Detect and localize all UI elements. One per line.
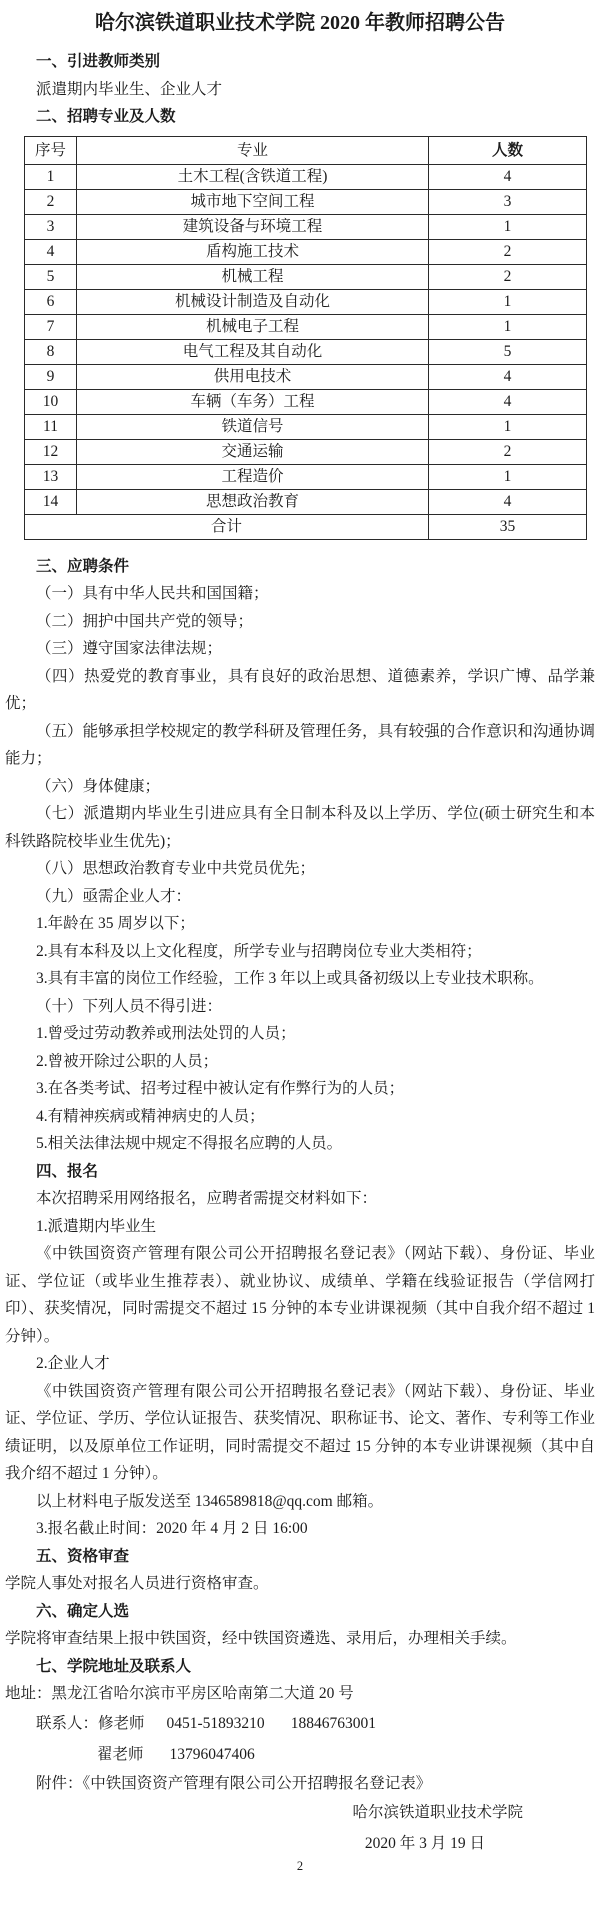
row-count: 2 [429, 264, 587, 289]
section-3-heading: 三、应聘条件 [5, 553, 595, 581]
row-count: 5 [429, 339, 587, 364]
total-value: 35 [429, 514, 587, 539]
attachment-line: 附件：《中铁国资资产管理有限公司公开招聘报名登记表》 [5, 1770, 595, 1798]
row-major: 机械电子工程 [77, 314, 429, 339]
table-row: 14 思想政治教育 4 [25, 489, 587, 514]
contact-2-phone: 13796047406 [170, 1746, 255, 1763]
table-row: 1 土木工程(含铁道工程) 4 [25, 164, 587, 189]
row-index: 9 [25, 364, 77, 389]
section-1-heading: 一、引进教师类别 [5, 48, 595, 76]
contact-1-phone: 0451-51893210 [167, 1715, 265, 1732]
row-major: 机械工程 [77, 264, 429, 289]
page-title: 哈尔滨铁道职业技术学院 2020 年教师招聘公告 [5, 8, 595, 38]
table-row: 4 盾构施工技术 2 [25, 239, 587, 264]
table-row: 7 机械电子工程 1 [25, 314, 587, 339]
application-item: 2.企业人才 [5, 1350, 595, 1378]
condition-item: （四）热爱党的教育事业，具有良好的政治思想、道德素养，学识广博、品学兼优； [5, 663, 595, 718]
table-row: 8 电气工程及其自动化 5 [25, 339, 587, 364]
section-2-heading: 二、招聘专业及人数 [5, 103, 595, 131]
signature-organization: 哈尔滨铁道职业技术学院 [5, 1797, 595, 1828]
address-line: 地址：黑龙江省哈尔滨市平房区哈南第二大道 20 号 [5, 1680, 595, 1708]
condition-item: （五）能够承担学校规定的教学科研及管理任务，具有较强的合作意识和沟通协调能力； [5, 718, 595, 773]
contact-line-1: 联系人：修老师0451-5189321018846763001 [5, 1708, 595, 1739]
row-index: 8 [25, 339, 77, 364]
row-major: 思想政治教育 [77, 489, 429, 514]
row-index: 6 [25, 289, 77, 314]
condition-item: （七）派遣期内毕业生引进应具有全日制本科及以上学历、学位(硕士研究生和本科铁路院… [5, 800, 595, 855]
section-6-body: 学院将审查结果上报中铁国资，经中铁国资遴选、录用后，办理相关手续。 [5, 1625, 595, 1653]
row-index: 14 [25, 489, 77, 514]
column-header-index: 序号 [25, 136, 77, 164]
row-major: 车辆（车务）工程 [77, 389, 429, 414]
row-count: 2 [429, 439, 587, 464]
table-row: 2 城市地下空间工程 3 [25, 189, 587, 214]
application-item: 《中铁国资资产管理有限公司公开招聘报名登记表》（网站下载）、身份证、毕业证、学位… [5, 1240, 595, 1350]
condition-subitem: 1.曾受过劳动教养或刑法处罚的人员； [5, 1020, 595, 1048]
row-major: 机械设计制造及自动化 [77, 289, 429, 314]
condition-item: （六）身体健康； [5, 773, 595, 801]
row-major: 铁道信号 [77, 414, 429, 439]
row-major: 城市地下空间工程 [77, 189, 429, 214]
row-index: 3 [25, 214, 77, 239]
condition-item: （一）具有中华人民共和国国籍； [5, 580, 595, 608]
row-count: 1 [429, 414, 587, 439]
section-5-body: 学院人事处对报名人员进行资格审查。 [5, 1570, 595, 1598]
row-count: 4 [429, 164, 587, 189]
contact-2-name: 翟老师 [97, 1746, 144, 1763]
row-count: 4 [429, 489, 587, 514]
row-count: 4 [429, 364, 587, 389]
application-item: 本次招聘采用网络报名，应聘者需提交材料如下： [5, 1185, 595, 1213]
condition-item: （八）思想政治教育专业中共党员优先； [5, 855, 595, 883]
row-index: 13 [25, 464, 77, 489]
table-row: 6 机械设计制造及自动化 1 [25, 289, 587, 314]
row-index: 4 [25, 239, 77, 264]
condition-subitem: 2.曾被开除过公职的人员； [5, 1048, 595, 1076]
table-row: 12 交通运输 2 [25, 439, 587, 464]
document-page: 哈尔滨铁道职业技术学院 2020 年教师招聘公告 一、引进教师类别 派遣期内毕业… [0, 0, 600, 1919]
condition-subitem: 3.在各类考试、招考过程中被认定有作弊行为的人员； [5, 1075, 595, 1103]
section-6-heading: 六、确定人选 [5, 1598, 595, 1626]
application-item: 1.派遣期内毕业生 [5, 1213, 595, 1241]
recruitment-table: 序号 专业 人数 1 土木工程(含铁道工程) 4 2 城市地下空间工程 3 3 … [24, 136, 587, 540]
table-row: 9 供用电技术 4 [25, 364, 587, 389]
row-major: 交通运输 [77, 439, 429, 464]
table-header-row: 序号 专业 人数 [25, 136, 587, 164]
row-index: 10 [25, 389, 77, 414]
row-index: 5 [25, 264, 77, 289]
row-major: 盾构施工技术 [77, 239, 429, 264]
condition-subitem: 4.有精神疾病或精神病史的人员； [5, 1103, 595, 1131]
condition-item: （十）下列人员不得引进： [5, 993, 595, 1021]
row-major: 建筑设备与环境工程 [77, 214, 429, 239]
condition-subitem: 1.年龄在 35 周岁以下； [5, 910, 595, 938]
row-index: 11 [25, 414, 77, 439]
row-major: 电气工程及其自动化 [77, 339, 429, 364]
row-index: 7 [25, 314, 77, 339]
row-count: 3 [429, 189, 587, 214]
table-row: 13 工程造价 1 [25, 464, 587, 489]
condition-item: （九）亟需企业人才： [5, 883, 595, 911]
total-label: 合计 [25, 514, 429, 539]
row-count: 1 [429, 289, 587, 314]
contact-1-name: 联系人：修老师 [36, 1715, 145, 1732]
row-index: 12 [25, 439, 77, 464]
application-item: 《中铁国资资产管理有限公司公开招聘报名登记表》（网站下载）、身份证、毕业证、学位… [5, 1378, 595, 1488]
condition-subitem: 2.具有本科及以上文化程度，所学专业与招聘岗位专业大类相符； [5, 938, 595, 966]
section-4-heading: 四、报名 [5, 1158, 595, 1186]
row-count: 1 [429, 314, 587, 339]
contact-1-mobile: 18846763001 [291, 1715, 376, 1732]
row-major: 工程造价 [77, 464, 429, 489]
row-count: 4 [429, 389, 587, 414]
row-index: 1 [25, 164, 77, 189]
application-item-deadline: 3.报名截止时间：2020 年 4 月 2 日 16:00 [5, 1515, 595, 1543]
condition-item: （二）拥护中国共产党的领导； [5, 608, 595, 636]
contact-line-2: 翟老师13796047406 [97, 1739, 595, 1770]
table-total-row: 合计 35 [25, 514, 587, 539]
row-major: 土木工程(含铁道工程) [77, 164, 429, 189]
table-row: 11 铁道信号 1 [25, 414, 587, 439]
condition-subitem: 5.相关法律法规中规定不得报名应聘的人员。 [5, 1130, 595, 1158]
signature-date: 2020 年 3 月 19 日 [5, 1828, 595, 1859]
section-7-heading: 七、学院地址及联系人 [5, 1653, 595, 1681]
condition-subitem: 3.具有丰富的岗位工作经验，工作 3 年以上或具备初级以上专业技术职称。 [5, 965, 595, 993]
table-row: 3 建筑设备与环境工程 1 [25, 214, 587, 239]
row-count: 2 [429, 239, 587, 264]
section-5-heading: 五、资格审查 [5, 1543, 595, 1571]
page-number: 2 [5, 1859, 595, 1873]
row-count: 1 [429, 464, 587, 489]
column-header-count: 人数 [429, 136, 587, 164]
row-count: 1 [429, 214, 587, 239]
table-row: 10 车辆（车务）工程 4 [25, 389, 587, 414]
condition-item: （三）遵守国家法律法规； [5, 635, 595, 663]
row-index: 2 [25, 189, 77, 214]
table-row: 5 机械工程 2 [25, 264, 587, 289]
row-major: 供用电技术 [77, 364, 429, 389]
application-item-email: 以上材料电子版发送至 1346589818@qq.com 邮箱。 [5, 1488, 595, 1516]
column-header-major: 专业 [77, 136, 429, 164]
section-1-body: 派遣期内毕业生、企业人才 [5, 76, 595, 104]
